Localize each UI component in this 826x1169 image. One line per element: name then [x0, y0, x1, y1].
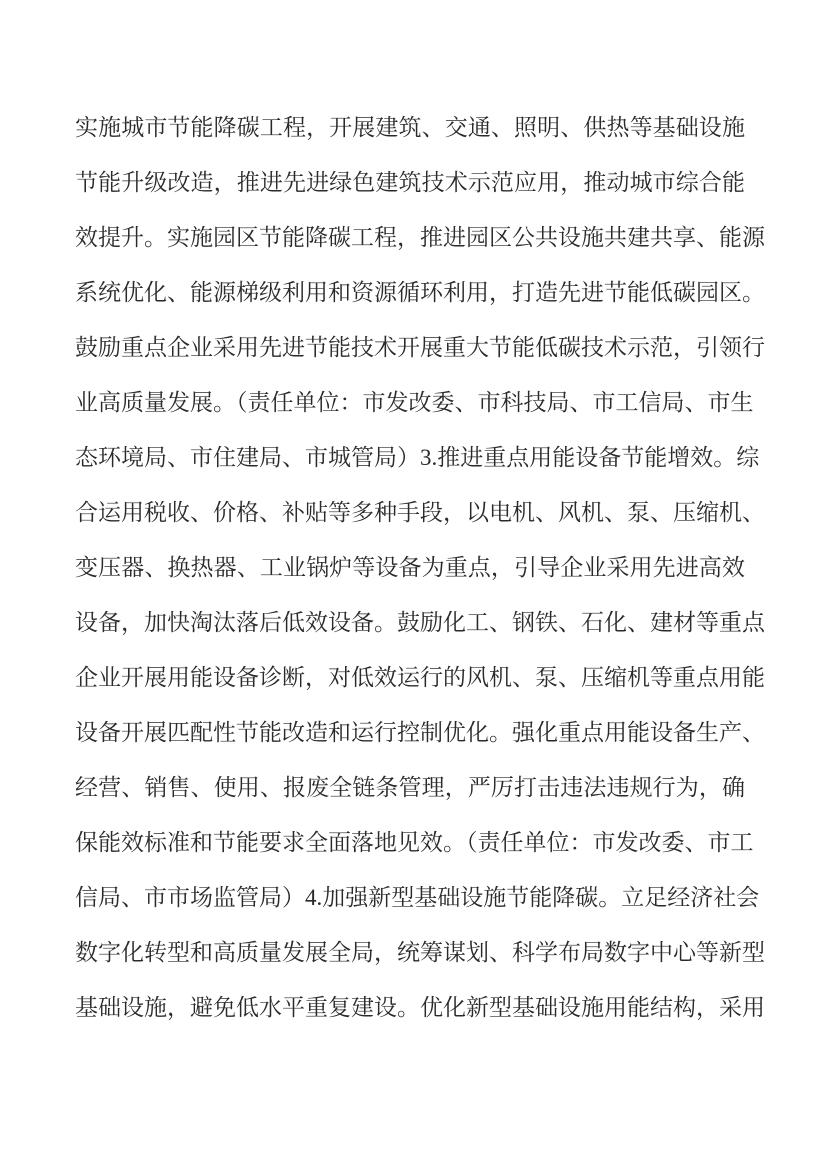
- text-line-2: 节能升级改造，推进先进绿色建筑技术示范应用，推动城市综合能: [75, 155, 745, 210]
- text-line-11: 企业开展用能设备诊断，对低效运行的风机、泵、压缩机等重点用能: [75, 650, 745, 705]
- text-line-14: 保能效标准和节能要求全面落地见效。（责任单位：市发改委、市工: [75, 815, 745, 870]
- text-line-13: 经营、销售、使用、报废全链条管理，严厉打击违法违规行为，确: [75, 760, 745, 815]
- text-line-8: 合运用税收、价格、补贴等多种手段，以电机、风机、泵、压缩机、: [75, 485, 745, 540]
- text-line-17: 基础设施，避免低水平重复建设。优化新型基础设施用能结构，采用: [75, 980, 745, 1035]
- text-line-10: 设备，加快淘汰落后低效设备。鼓励化工、钢铁、石化、建材等重点: [75, 595, 745, 650]
- text-line-5: 鼓励重点企业采用先进节能技术开展重大节能低碳技术示范，引领行: [75, 320, 745, 375]
- text-line-6: 业高质量发展。（责任单位：市发改委、市科技局、市工信局、市生: [75, 375, 745, 430]
- text-line-1: 实施城市节能降碳工程，开展建筑、交通、照明、供热等基础设施: [75, 100, 745, 155]
- text-line-16: 数字化转型和高质量发展全局，统筹谋划、科学布局数字中心等新型: [75, 925, 745, 980]
- text-line-7: 态环境局、市住建局、市城管局）3.推进重点用能设备节能增效。综: [75, 430, 745, 485]
- text-line-9: 变压器、换热器、工业锅炉等设备为重点，引导企业采用先进高效: [75, 540, 745, 595]
- text-line-12: 设备开展匹配性节能改造和运行控制优化。强化重点用能设备生产、: [75, 705, 745, 760]
- text-line-15: 信局、市市场监管局）4.加强新型基础设施节能降碳。立足经济社会: [75, 870, 745, 925]
- text-line-4: 系统优化、能源梯级利用和资源循环利用，打造先进节能低碳园区。: [75, 265, 745, 320]
- text-line-3: 效提升。实施园区节能降碳工程，推进园区公共设施共建共享、能源: [75, 210, 745, 265]
- document-page: 实施城市节能降碳工程，开展建筑、交通、照明、供热等基础设施 节能升级改造，推进先…: [0, 0, 826, 1169]
- body-text-block: 实施城市节能降碳工程，开展建筑、交通、照明、供热等基础设施 节能升级改造，推进先…: [75, 100, 745, 1035]
